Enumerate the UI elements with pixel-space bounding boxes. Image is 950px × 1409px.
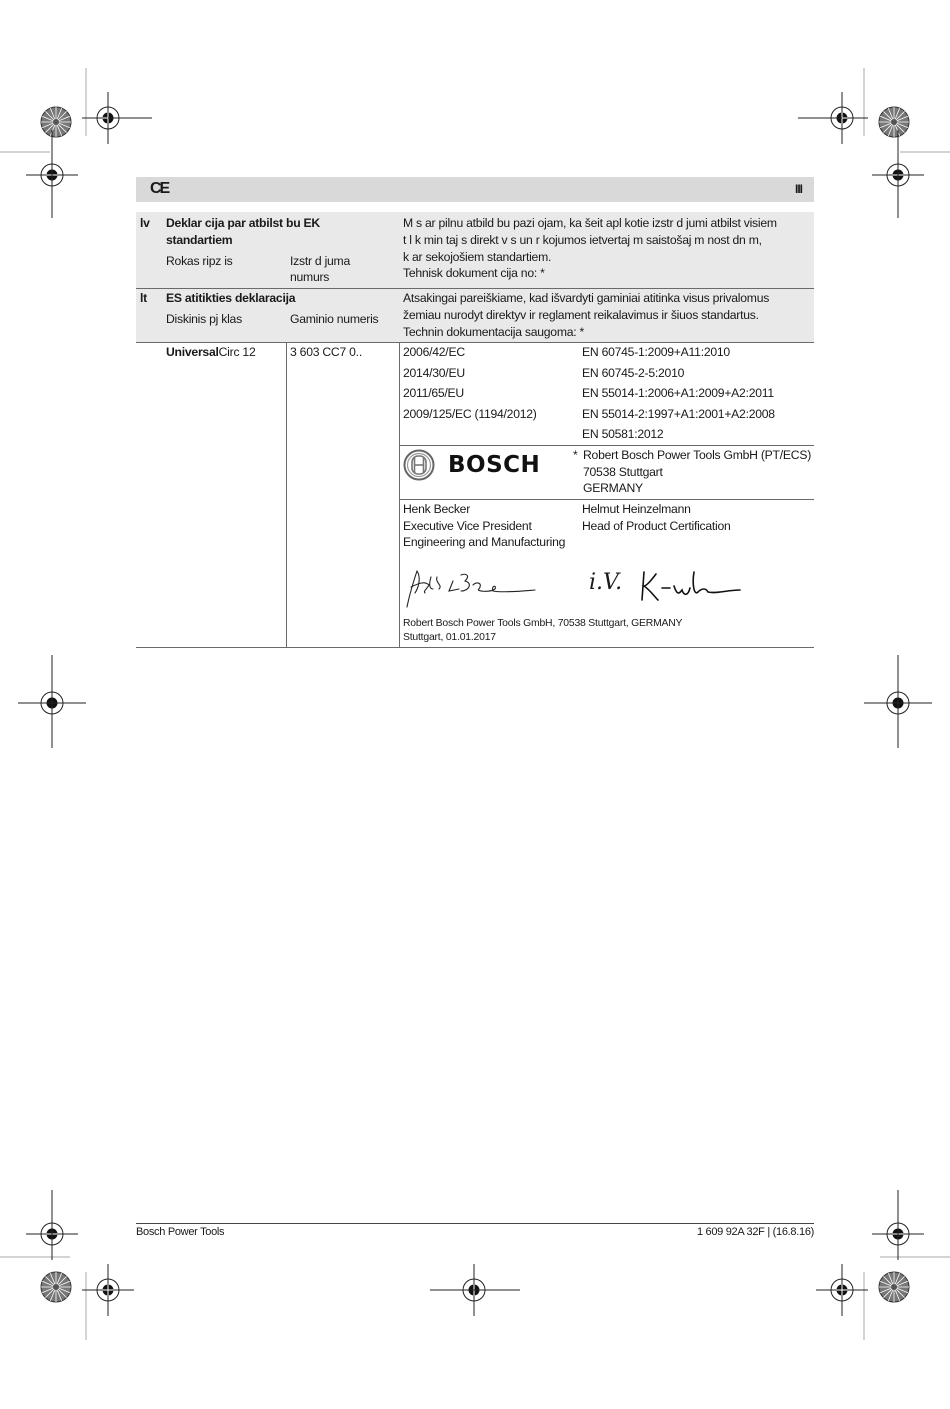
doc-holder-asterisk: *: [573, 447, 578, 463]
signatory-2-name: Helmut Heinzelmann: [582, 501, 691, 517]
ce-mark: CE: [150, 180, 168, 198]
directive-item: 2011/65/EU: [403, 385, 464, 401]
divider: [399, 445, 814, 446]
standard-item: EN 50581:2012: [582, 426, 663, 442]
section-lv-title-1: Deklar cija par atbilst bu EK: [166, 215, 320, 231]
product-number: 3 603 CC7 0..: [290, 344, 362, 360]
footer-left: Bosch Power Tools: [136, 1226, 224, 1238]
standard-item: EN 60745-2-5:2010: [582, 365, 684, 381]
standard-item: EN 55014-2:1997+A1:2001+A2:2008: [582, 406, 775, 422]
signatory-1-name: Henk Becker: [403, 501, 470, 517]
place-date: Stuttgart, 01.01.2017: [403, 631, 496, 645]
section-lv-number-label-2: numurs: [290, 269, 329, 285]
divider: [136, 342, 814, 343]
section-lv-statement-2: t l k min taj s direkt v s un r kojumos …: [403, 232, 762, 248]
lang-code-lt: lt: [140, 290, 147, 306]
section-lt-title: ES atitikties deklaracija: [166, 290, 295, 306]
bosch-wordmark: BOSCH: [448, 452, 540, 478]
directive-item: 2009/125/EC (1194/2012): [403, 406, 537, 422]
divider: [136, 647, 814, 648]
signature-henk-becker: [403, 563, 543, 613]
signatory-1-title: Executive Vice President: [403, 518, 532, 534]
page-header-bar: CE III: [136, 177, 814, 202]
section-lt-statement-1: Atsakingai pareiškiame, kad išvardyti ga…: [403, 290, 769, 306]
bosch-armature-icon: [403, 449, 435, 481]
section-lt-product-label: Diskinis pj klas: [166, 311, 242, 327]
section-lv-title-2: standartiem: [166, 232, 232, 248]
directive-item: 2014/30/EU: [403, 365, 465, 381]
bosch-logo: BOSCH: [403, 449, 540, 481]
section-lt-number-label: Gaminio numeris: [290, 311, 378, 327]
product-name: UniversalCirc 12: [166, 344, 255, 360]
doc-holder-line: 70538 Stuttgart: [583, 464, 663, 480]
section-lv-statement-1: M s ar pilnu atbild bu pazi ojam, ka šei…: [403, 215, 777, 231]
directive-item: 2006/42/EC: [403, 344, 465, 360]
page-number: III: [795, 182, 802, 196]
divider: [399, 499, 814, 500]
section-lv-statement-4: Tehnisk dokument cija no: *: [403, 265, 545, 281]
doc-holder-line: Robert Bosch Power Tools GmbH (PT/ECS): [583, 447, 811, 463]
section-lv-number-label-1: Izstr d juma: [290, 253, 350, 269]
product-name-bold: Universal: [166, 345, 219, 359]
signatory-1-title: Engineering and Manufacturing: [403, 534, 565, 550]
standard-item: EN 55014-1:2006+A1:2009+A2:2011: [582, 385, 774, 401]
section-lt-statement-3: Technin dokumentacija saugoma: *: [403, 324, 584, 340]
product-name-regular: Circ 12: [219, 345, 256, 359]
footer-rule: [136, 1223, 814, 1224]
doc-holder-line: GERMANY: [583, 480, 643, 496]
section-lt-statement-2: žemiau nurodyt direktyv ir reglament rei…: [403, 307, 759, 323]
signature-helmut-heinzelmann: [636, 566, 746, 606]
company-address: Robert Bosch Power Tools GmbH, 70538 Stu…: [403, 617, 682, 631]
signature-prefix: i.V.: [589, 570, 622, 595]
signatory-2-title: Head of Product Certification: [582, 518, 731, 534]
section-lv-product-label: Rokas ripz is: [166, 253, 233, 269]
lang-code-lv: lv: [140, 215, 150, 231]
column-divider: [399, 342, 400, 647]
standard-item: EN 60745-1:2009+A11:2010: [582, 344, 730, 360]
section-lv-statement-3: k ar sekojošiem standartiem.: [403, 249, 551, 265]
column-divider: [286, 342, 287, 647]
footer-right: 1 609 92A 32F | (16.8.16): [697, 1226, 814, 1238]
